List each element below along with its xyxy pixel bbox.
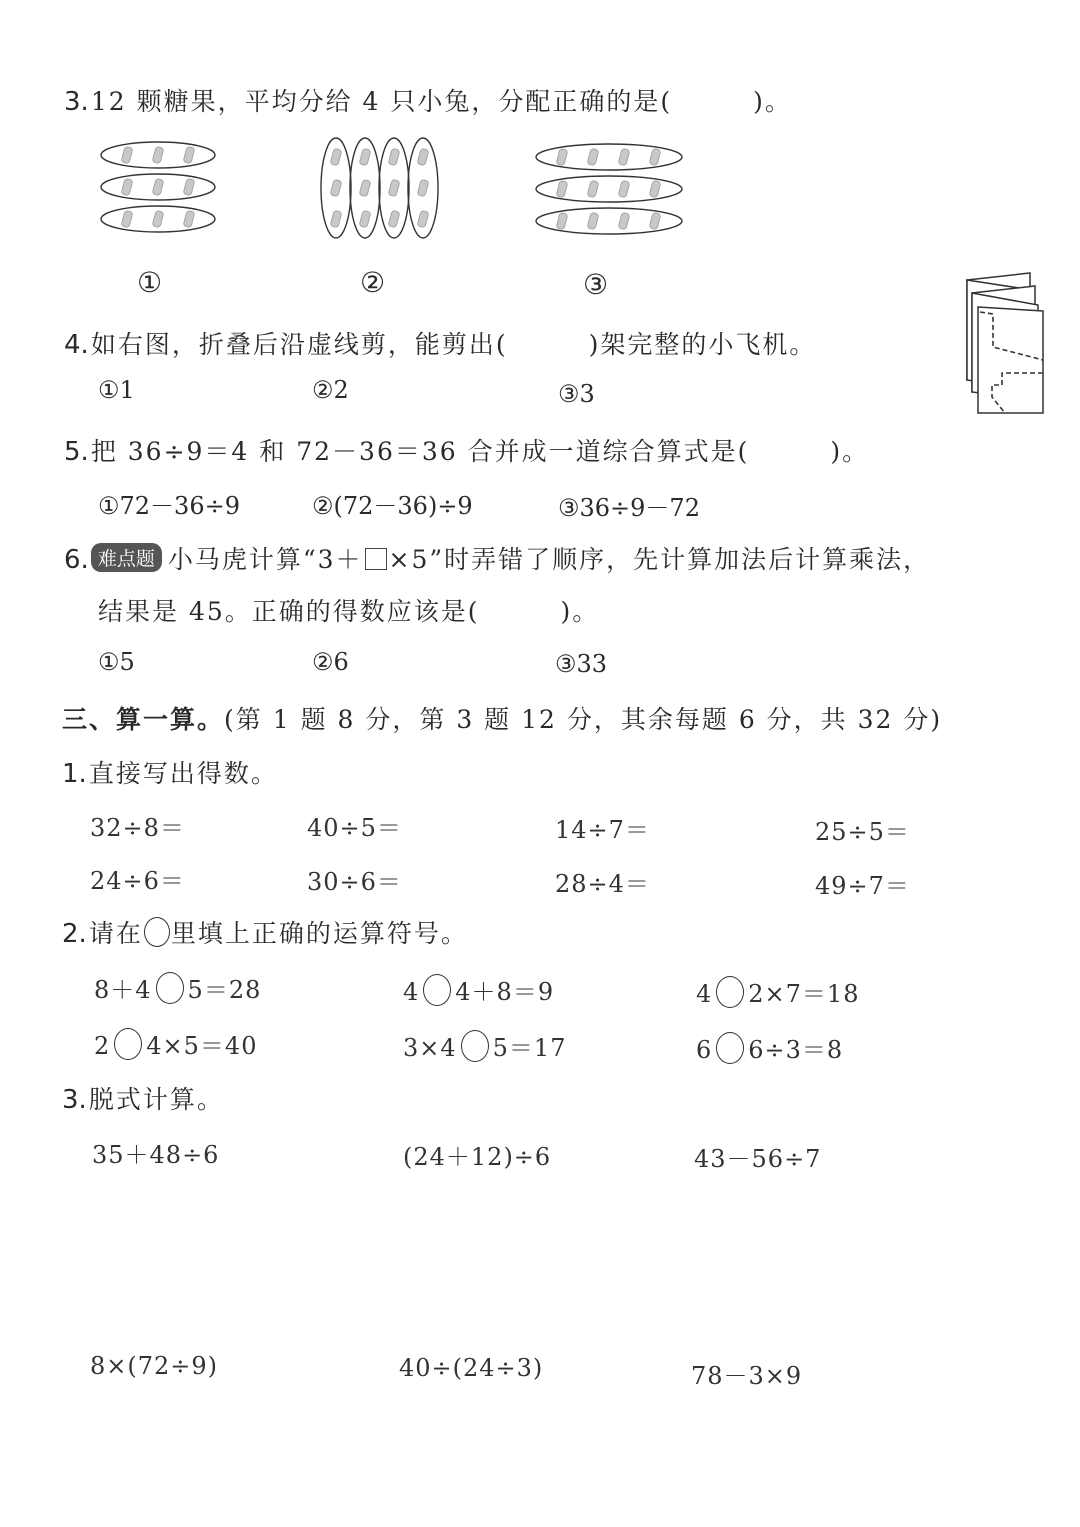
option-2[interactable]: ②(72－36)÷9 — [312, 486, 473, 521]
question-number: 5. — [64, 437, 89, 467]
step-calc-item: (24＋12)÷6 — [403, 1137, 551, 1172]
step-calc-item: 8×(72÷9) — [90, 1352, 218, 1380]
candy-figure-2 — [318, 135, 450, 241]
section-3-question-2: 2.请在里填上正确的运算符号。 — [62, 914, 468, 950]
operator-fill-item: 8＋45＝28 — [94, 970, 261, 1005]
question-text-part1: 请在 — [89, 919, 143, 948]
operator-blank-circle[interactable] — [461, 1030, 489, 1062]
question-6: 6.难点题小马虎计算“3＋×5”时弄错了顺序，先计算加法后计算乘法， — [64, 540, 930, 576]
option-1[interactable]: ①1 — [98, 376, 135, 404]
oral-calc-item: 24÷6＝ — [90, 861, 185, 896]
expr-right: 4×5＝40 — [146, 1032, 257, 1060]
oral-calc-item: 25÷5＝ — [815, 812, 910, 847]
section-3-question-1: 1.直接写出得数。 — [62, 754, 278, 790]
question-text-part1: 小马虎计算“3＋ — [168, 545, 363, 574]
oral-calc-item: 40÷5＝ — [307, 808, 402, 843]
candy-figure-1 — [98, 138, 218, 238]
operator-fill-item: 66÷3＝8 — [696, 1030, 843, 1065]
question-text-part2: 里填上正确的运算符号。 — [171, 919, 468, 948]
question-number: 3. — [64, 87, 89, 117]
question-5: 5.把 36÷9＝4 和 72－36＝36 合并成一道综合算式是( )。 — [64, 432, 869, 468]
oral-calc-item: 28÷4＝ — [555, 864, 650, 899]
expr-right: 5＝17 — [493, 1034, 567, 1062]
question-number: 4. — [64, 330, 89, 360]
step-calc-item: 43－56÷7 — [694, 1139, 821, 1174]
question-text: 脱式计算。 — [89, 1085, 224, 1114]
oral-calc-item: 30÷6＝ — [307, 862, 402, 897]
operator-blank-circle[interactable] — [423, 974, 451, 1006]
figure-label-3: ③ — [583, 268, 608, 301]
operator-blank-circle[interactable] — [716, 1032, 744, 1064]
step-calc-item: 40÷(24÷3) — [399, 1354, 543, 1382]
expr-left: 4 — [403, 978, 419, 1006]
question-text: 把 36÷9＝4 和 72－36＝36 合并成一道综合算式是( )。 — [91, 437, 869, 466]
oral-calc-item: 49÷7＝ — [815, 866, 910, 901]
option-2[interactable]: ②2 — [312, 376, 349, 404]
operator-blank-circle[interactable] — [716, 976, 744, 1008]
step-calc-item: 78－3×9 — [691, 1356, 802, 1391]
operator-blank-circle[interactable] — [114, 1028, 142, 1060]
question-number: 1. — [62, 759, 87, 789]
expr-right: 4＋8＝9 — [455, 978, 554, 1006]
question-text: 如右图，折叠后沿虚线剪，能剪出( )架完整的小飞机。 — [91, 330, 817, 359]
question-number: 6. — [64, 545, 89, 575]
question-text: 直接写出得数。 — [89, 759, 278, 788]
expr-right: 2×7＝18 — [748, 980, 859, 1008]
expr-left: 3×4 — [403, 1034, 457, 1062]
difficulty-badge: 难点题 — [91, 543, 162, 572]
expr-left: 2 — [94, 1032, 110, 1060]
operator-fill-item: 42×7＝18 — [696, 974, 859, 1009]
figure-label-1: ① — [137, 266, 162, 299]
candy-figure-3 — [533, 140, 685, 240]
question-6-line2: 结果是 45。正确的得数应该是( )。 — [98, 592, 599, 628]
circle-icon — [144, 917, 170, 947]
oral-calc-item: 14÷7＝ — [555, 810, 650, 845]
oral-calc-item: 32÷8＝ — [90, 808, 185, 843]
question-4: 4.如右图，折叠后沿虚线剪，能剪出( )架完整的小飞机。 — [64, 325, 816, 361]
operator-fill-item: 3×45＝17 — [403, 1028, 566, 1063]
option-3[interactable]: ③36÷9－72 — [558, 488, 700, 523]
option-3[interactable]: ③3 — [558, 380, 595, 408]
figure-label-2: ② — [360, 266, 385, 299]
operator-fill-item: 24×5＝40 — [94, 1026, 257, 1061]
question-number: 2. — [62, 919, 87, 949]
expr-left: 4 — [696, 980, 712, 1008]
option-3[interactable]: ③33 — [555, 650, 607, 678]
option-1[interactable]: ①5 — [98, 648, 135, 676]
blank-box — [365, 548, 387, 570]
section-3-heading: 三、算一算。(第 1 题 8 分，第 3 题 12 分，其余每题 6 分，共 3… — [62, 700, 942, 736]
expr-left: 8＋4 — [94, 976, 152, 1004]
section-title: 三、算一算。 — [62, 705, 224, 734]
operator-fill-item: 44＋8＝9 — [403, 972, 554, 1007]
option-1[interactable]: ①72－36÷9 — [98, 486, 240, 521]
operator-blank-circle[interactable] — [156, 972, 184, 1004]
question-text-part2: ×5”时弄错了顺序，先计算加法后计算乘法， — [389, 545, 931, 574]
folded-paper-figure — [960, 270, 1050, 420]
question-number: 3. — [62, 1085, 87, 1115]
expr-left: 6 — [696, 1036, 712, 1064]
expr-right: 6÷3＝8 — [748, 1036, 843, 1064]
expr-right: 5＝28 — [188, 976, 262, 1004]
section-3-question-3: 3.脱式计算。 — [62, 1080, 224, 1116]
question-text: 12 颗糖果，平均分给 4 只小兔，分配正确的是( )。 — [91, 87, 792, 116]
step-calc-item: 35＋48÷6 — [92, 1135, 219, 1170]
section-score-note: (第 1 题 8 分，第 3 题 12 分，其余每题 6 分，共 32 分) — [224, 705, 942, 734]
question-3: 3.12 颗糖果，平均分给 4 只小兔，分配正确的是( )。 — [64, 82, 792, 118]
option-2[interactable]: ②6 — [312, 648, 349, 676]
